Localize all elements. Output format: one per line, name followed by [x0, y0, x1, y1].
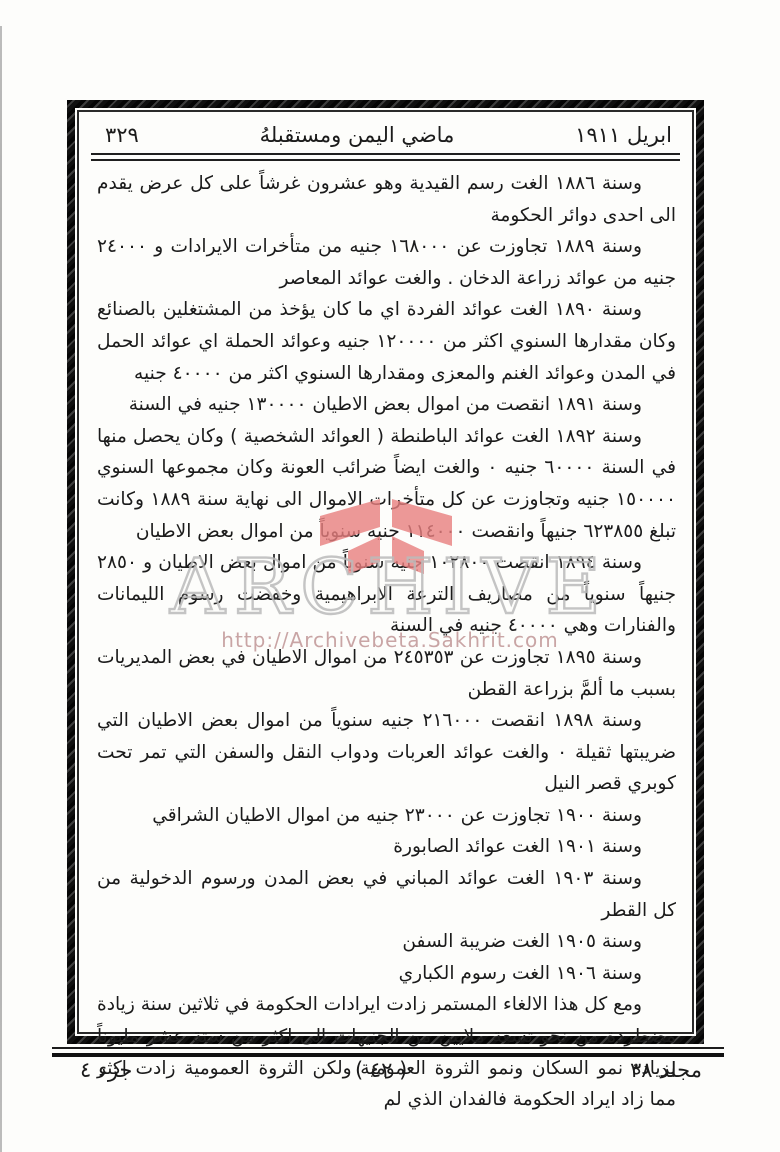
page-header: ابريل ١٩١١ ماضي اليمن ومستقبلهُ ٣٢٩: [91, 118, 680, 150]
body-paragraph: وسنة ١٩٠١ الغت عوائد الصابورة: [97, 831, 676, 863]
scan-page-edge: [0, 26, 2, 1152]
scanned-document-page: { "header": { "date": "ابريل ١٩١١", "tit…: [0, 0, 780, 1152]
body-paragraph: وسنة ١٨٩٨ انقصت ٢١٦٠٠٠ جنيه سنوياً من ام…: [97, 705, 676, 800]
inner-frame: ابريل ١٩١١ ماضي اليمن ومستقبلهُ ٣٢٩ وسنة…: [77, 110, 694, 1034]
body-paragraph: ومع كل هذا الالغاء المستمر زادت ايرادات …: [97, 989, 676, 1115]
article-title: ماضي اليمن ومستقبلهُ: [260, 120, 455, 150]
issue-date: ابريل ١٩١١: [575, 120, 672, 150]
body-paragraph: وسنة ١٨٩١ انقصت من اموال بعض الاطيان ١٣٠…: [97, 389, 676, 421]
header-divider-rule: [91, 153, 680, 161]
page-number: ٣٢٩: [105, 120, 139, 150]
body-paragraph: وسنة ١٨٩٥ تجاوزت عن ٢٤٥٣٥٣ من اموال الاط…: [97, 642, 676, 705]
body-paragraph: وسنة ١٨٩٠ الغت عوائد الفردة اي ما كان يؤ…: [97, 294, 676, 389]
body-paragraph: وسنة ١٩٠٠ تجاوزت عن ٢٣٠٠٠ جنيه من اموال …: [97, 800, 676, 832]
body-paragraph: وسنة ١٨٨٩ تجاوزت عن ١٦٨٠٠٠ جنيه من متأخر…: [97, 231, 676, 294]
body-paragraph: وسنة ١٨٩٢ الغت عوائد الباطنطة ( العوائد …: [97, 421, 676, 547]
body-paragraph: وسنة ١٩٠٦ الغت رسوم الكباري: [97, 958, 676, 990]
article-body: وسنة ١٨٨٦ الغت رسم القيدية وهو عشرون غرش…: [91, 166, 680, 1116]
ornate-page-frame: ابريل ١٩١١ ماضي اليمن ومستقبلهُ ٣٢٩ وسنة…: [67, 100, 704, 1044]
body-paragraph: وسنة ١٩٠٥ الغت ضريبة السفن: [97, 926, 676, 958]
body-paragraph: وسنة ١٨٩٤ انقصت ١٠٢٨٠٠ جنيه سنوياً من ام…: [97, 547, 676, 642]
body-paragraph: وسنة ١٨٨٦ الغت رسم القيدية وهو عشرون غرش…: [97, 168, 676, 231]
body-paragraph: وسنة ١٩٠٣ الغت عوائد المباني في بعض المد…: [97, 863, 676, 926]
